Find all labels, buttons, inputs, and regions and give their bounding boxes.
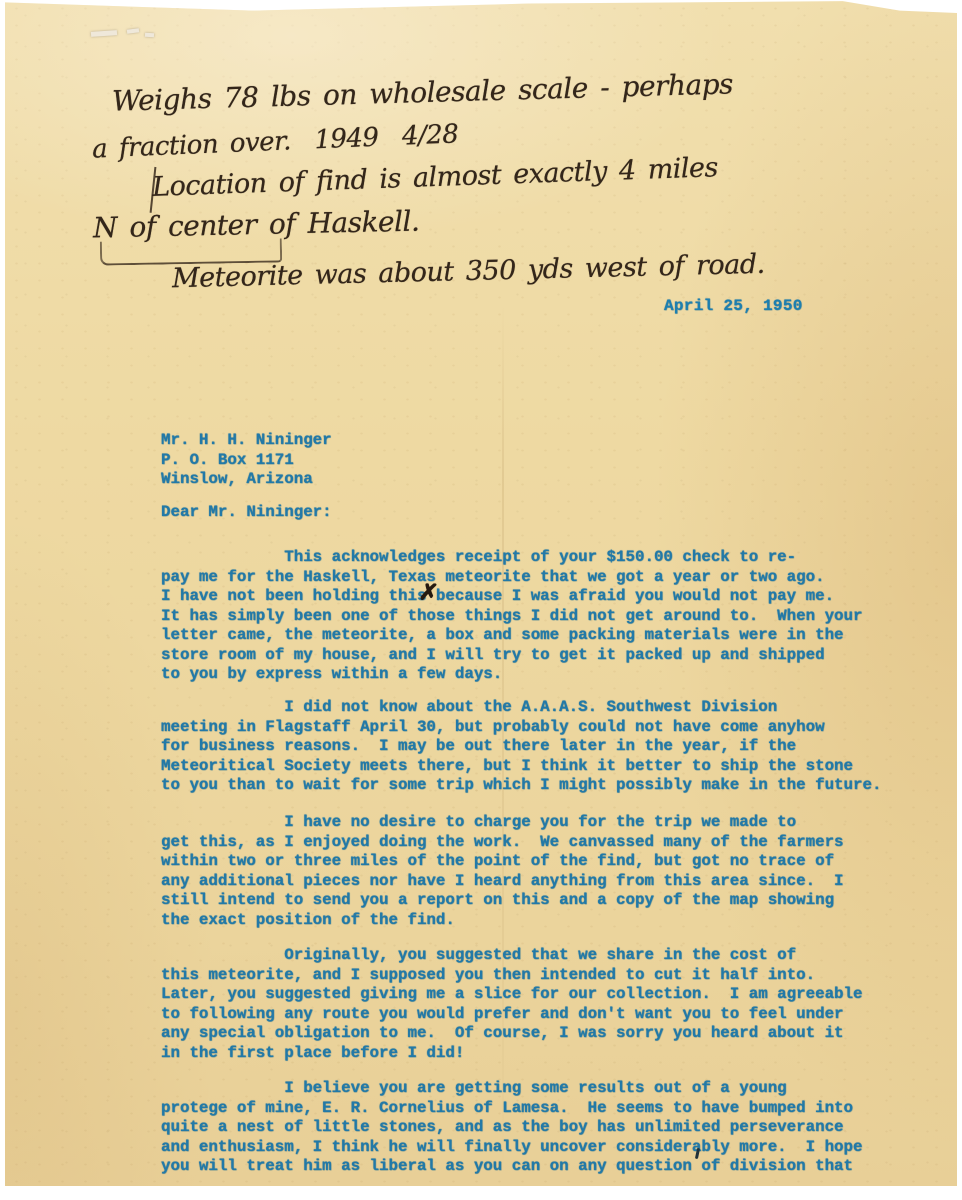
letter-paragraph-3: I have no desire to charge you for the t… xyxy=(161,813,844,930)
letter-paragraph-5: I believe you are getting some results o… xyxy=(161,1079,863,1177)
paper-scuff-mark xyxy=(127,28,139,33)
letter-date: April 25, 1950 xyxy=(664,297,803,317)
letter-paragraph-2: I did not know about the A.A.A.S. Southw… xyxy=(161,698,881,796)
pen-stroke-underline xyxy=(100,238,282,265)
paper-scuff-mark xyxy=(145,33,154,37)
handwritten-x-mark: ✗ xyxy=(418,578,440,607)
paper-scuff-mark xyxy=(91,30,117,37)
salutation: Dear Mr. Nininger: xyxy=(161,503,332,523)
recipient-address: Mr. H. H. Nininger P. O. Box 1171 Winslo… xyxy=(161,431,332,490)
letter-paragraph-4: Originally, you suggested that we share … xyxy=(161,946,863,1063)
letter-paragraph-1: This acknowledges receipt of your $150.0… xyxy=(161,548,863,685)
